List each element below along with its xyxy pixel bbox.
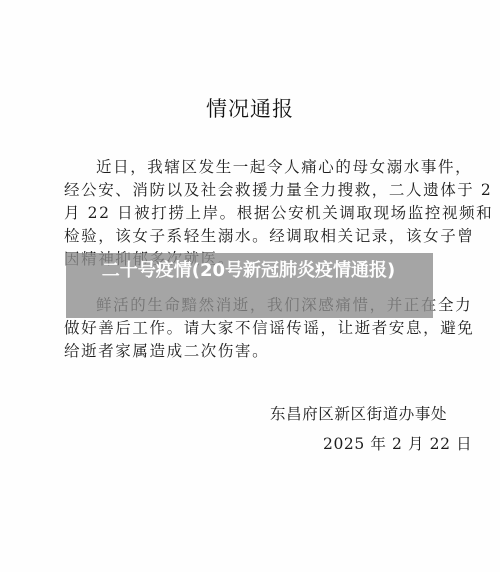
signature-organization: 东昌府区新区街道办事处 xyxy=(270,402,447,424)
paragraph-line: 近日，我辖区发生一起令人痛心的母女溺水事件， xyxy=(96,157,498,177)
paragraph-line: 检验，该女子系轻生溺水。经调取相关记录，该女子曾 xyxy=(64,226,466,246)
document-title: 情况通报 xyxy=(0,93,500,123)
paragraph-line: 经公安、消防以及社会救援力量全力搜救，二人遗体于 2 xyxy=(64,180,466,200)
paragraph-line: 给逝者家属造成二次伤害。 xyxy=(64,341,466,361)
signature-date: 2025 年 2 月 22 日 xyxy=(323,432,472,454)
caption-text: 二十号疫情(20号新冠肺炎疫情通报) xyxy=(76,259,421,283)
paragraph-line: 月 22 日被打捞上岸。根据公安机关调取现场监控视频和 xyxy=(64,203,466,223)
paragraph-line: 做好善后工作。请大家不信谣传谣，让逝者安息，避免 xyxy=(64,318,466,338)
